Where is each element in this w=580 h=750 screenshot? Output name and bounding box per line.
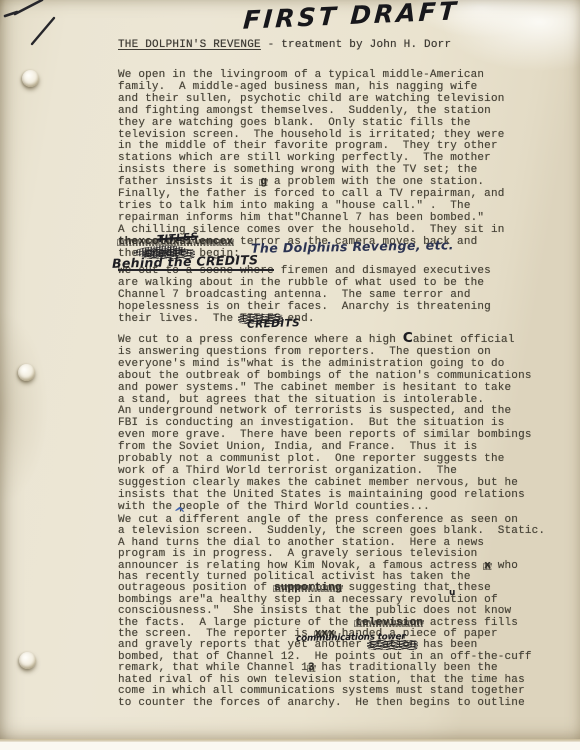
handwritten-communications-tower: communications tower	[296, 632, 406, 644]
handwritten-u-insert: u	[449, 588, 455, 598]
handwritten-annotations-layer: TITLESThe Dolphins Revenge, etc.Behind t…	[0, 0, 580, 750]
blue-insertion-caret: ^	[172, 503, 187, 523]
handwritten-credits-correction: CREDITS	[247, 317, 301, 331]
handwritten-title-insert: The Dolphins Revenge, etc.	[251, 237, 454, 256]
handwritten-titles-correction: TITLES	[157, 232, 199, 246]
scanned-paper-sheet: FIRST DRAFT THE DOLPHIN'S REVENGE - trea…	[0, 0, 580, 741]
paper-bottom-edge	[0, 739, 580, 742]
handwritten-behind-the-credits: Behind the CREDITS	[112, 252, 259, 271]
